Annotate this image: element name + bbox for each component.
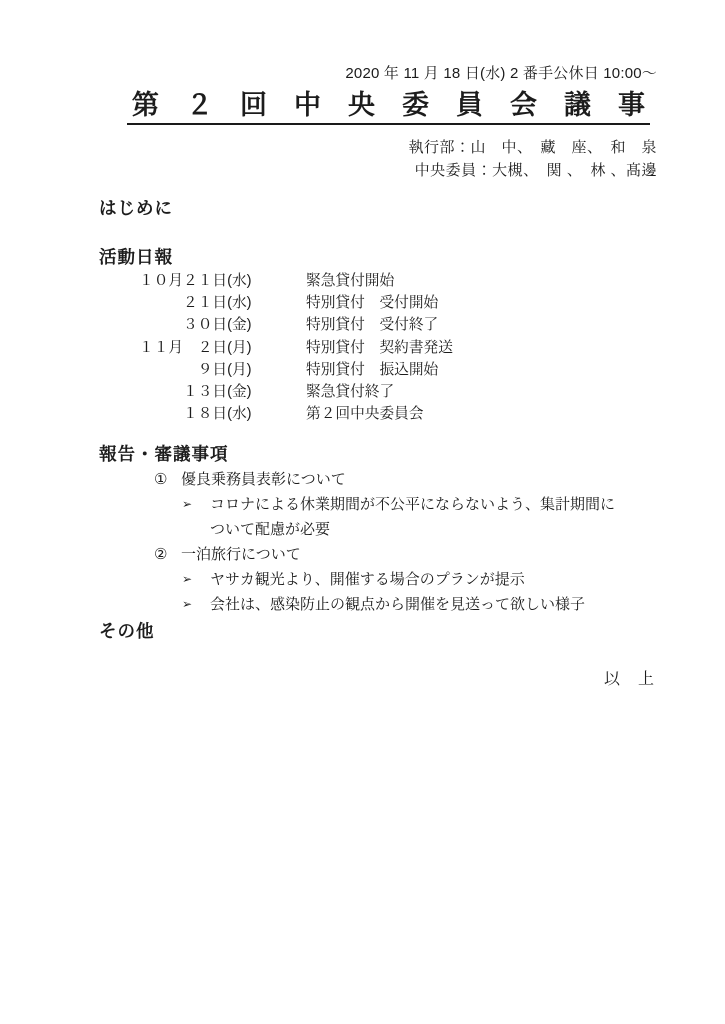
agenda-item-title: 優良乗務員表彰について [181,467,346,492]
activity-event: 緊急貸付開始 [306,270,453,292]
activity-event: 第２回中央委員会 [306,403,453,425]
section-heading-activity-report: 活動日報 [99,244,173,269]
section-heading-intro: はじめに [99,195,173,220]
attendees-executives: 執行部：山 中、 藏 座、 和 泉 [408,136,657,157]
arrow-bullet-icon: ➢ [182,592,210,617]
activity-event: 特別貸付 受付終了 [306,314,453,336]
activity-month [139,359,183,381]
activity-day: ２１日(水) [183,270,306,292]
title-char: 会 [510,90,537,120]
activity-month [139,292,183,314]
document-title: 第２回中央委員会議事 [127,90,650,125]
agenda-note: ➢ 会社は、感染防止の観点から開催を見送って欲しい様子 [154,592,626,617]
arrow-bullet-icon: ➢ [182,567,210,592]
table-row: １０月 ２１日(水) 緊急貸付開始 [139,270,453,292]
activity-day: ３０日(金) [183,314,306,336]
agenda-item-number: ② [154,542,181,567]
title-char: 議 [564,90,591,120]
activity-day: １３日(金) [183,381,306,403]
title-char: 央 [348,90,375,120]
agenda-item-number: ① [154,467,181,492]
table-row: １１月 ２日(月) 特別貸付 契約書発送 [139,337,453,359]
arrow-bullet-icon: ➢ [182,492,210,542]
activity-day: ２１日(水) [183,292,306,314]
table-row: ９日(月) 特別貸付 振込開始 [139,359,453,381]
activity-event: 緊急貸付終了 [306,381,453,403]
activity-month [139,403,183,425]
agenda-item: ② 一泊旅行について [154,542,626,567]
agenda-item: ① 優良乗務員表彰について [154,467,626,492]
activity-month [139,314,183,336]
activity-month: １１月 [139,337,183,359]
closing-statement: 以 上 [604,666,655,689]
title-char: 員 [456,90,483,120]
attendees-central-committee: 中央委員：大槻、 関 、 林 、髙邊 [415,159,657,180]
section-heading-others: その他 [99,618,155,643]
activity-report-table: １０月 ２１日(水) 緊急貸付開始 ２１日(水) 特別貸付 受付開始 ３０日(金… [139,270,453,425]
agenda-note-text: ヤサカ観光より、開催する場合のプランが提示 [210,567,626,592]
title-char: 委 [402,90,429,120]
table-row: ２１日(水) 特別貸付 受付開始 [139,292,453,314]
activity-month [139,381,183,403]
activity-month: １０月 [139,270,183,292]
activity-event: 特別貸付 振込開始 [306,359,453,381]
title-char: 回 [240,90,267,120]
meeting-date-line: 2020 年 11 月 18 日(水) 2 番手公休日 10:00～ [345,62,657,83]
table-row: ３０日(金) 特別貸付 受付終了 [139,314,453,336]
title-char: 中 [294,90,321,120]
agenda-note: ➢ ヤサカ観光より、開催する場合のプランが提示 [154,567,626,592]
section-heading-agenda: 報告・審議事項 [99,441,229,466]
activity-event: 特別貸付 受付開始 [306,292,453,314]
title-char: 第 [132,90,159,120]
title-char: 事 [618,90,645,120]
title-char: ２ [186,90,213,120]
table-row: １８日(水) 第２回中央委員会 [139,403,453,425]
agenda-note: ➢ コロナによる休業期間が不公平にならないよう、集計期間について配慮が必要 [154,492,626,542]
activity-day: １８日(水) [183,403,306,425]
agenda-item-title: 一泊旅行について [181,542,301,567]
agenda-list: ① 優良乗務員表彰について ➢ コロナによる休業期間が不公平にならないよう、集計… [154,467,626,617]
activity-day: ２日(月) [183,337,306,359]
table-row: １３日(金) 緊急貸付終了 [139,381,453,403]
activity-day: ９日(月) [183,359,306,381]
document-page: 2020 年 11 月 18 日(水) 2 番手公休日 10:00～ 第２回中央… [0,0,725,1024]
agenda-note-text: コロナによる休業期間が不公平にならないよう、集計期間について配慮が必要 [210,492,626,542]
agenda-note-text: 会社は、感染防止の観点から開催を見送って欲しい様子 [210,592,626,617]
activity-event: 特別貸付 契約書発送 [306,337,453,359]
